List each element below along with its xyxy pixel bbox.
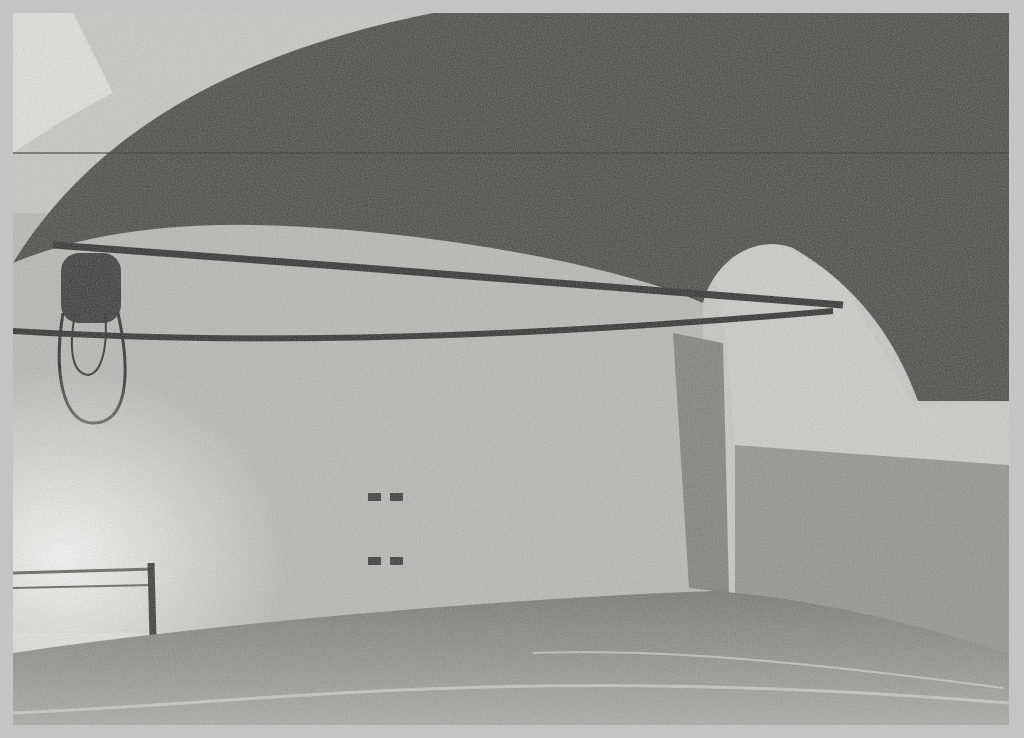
cellar-scene bbox=[13, 13, 1009, 725]
photocopy-grain bbox=[13, 13, 1009, 725]
photo bbox=[13, 13, 1009, 725]
